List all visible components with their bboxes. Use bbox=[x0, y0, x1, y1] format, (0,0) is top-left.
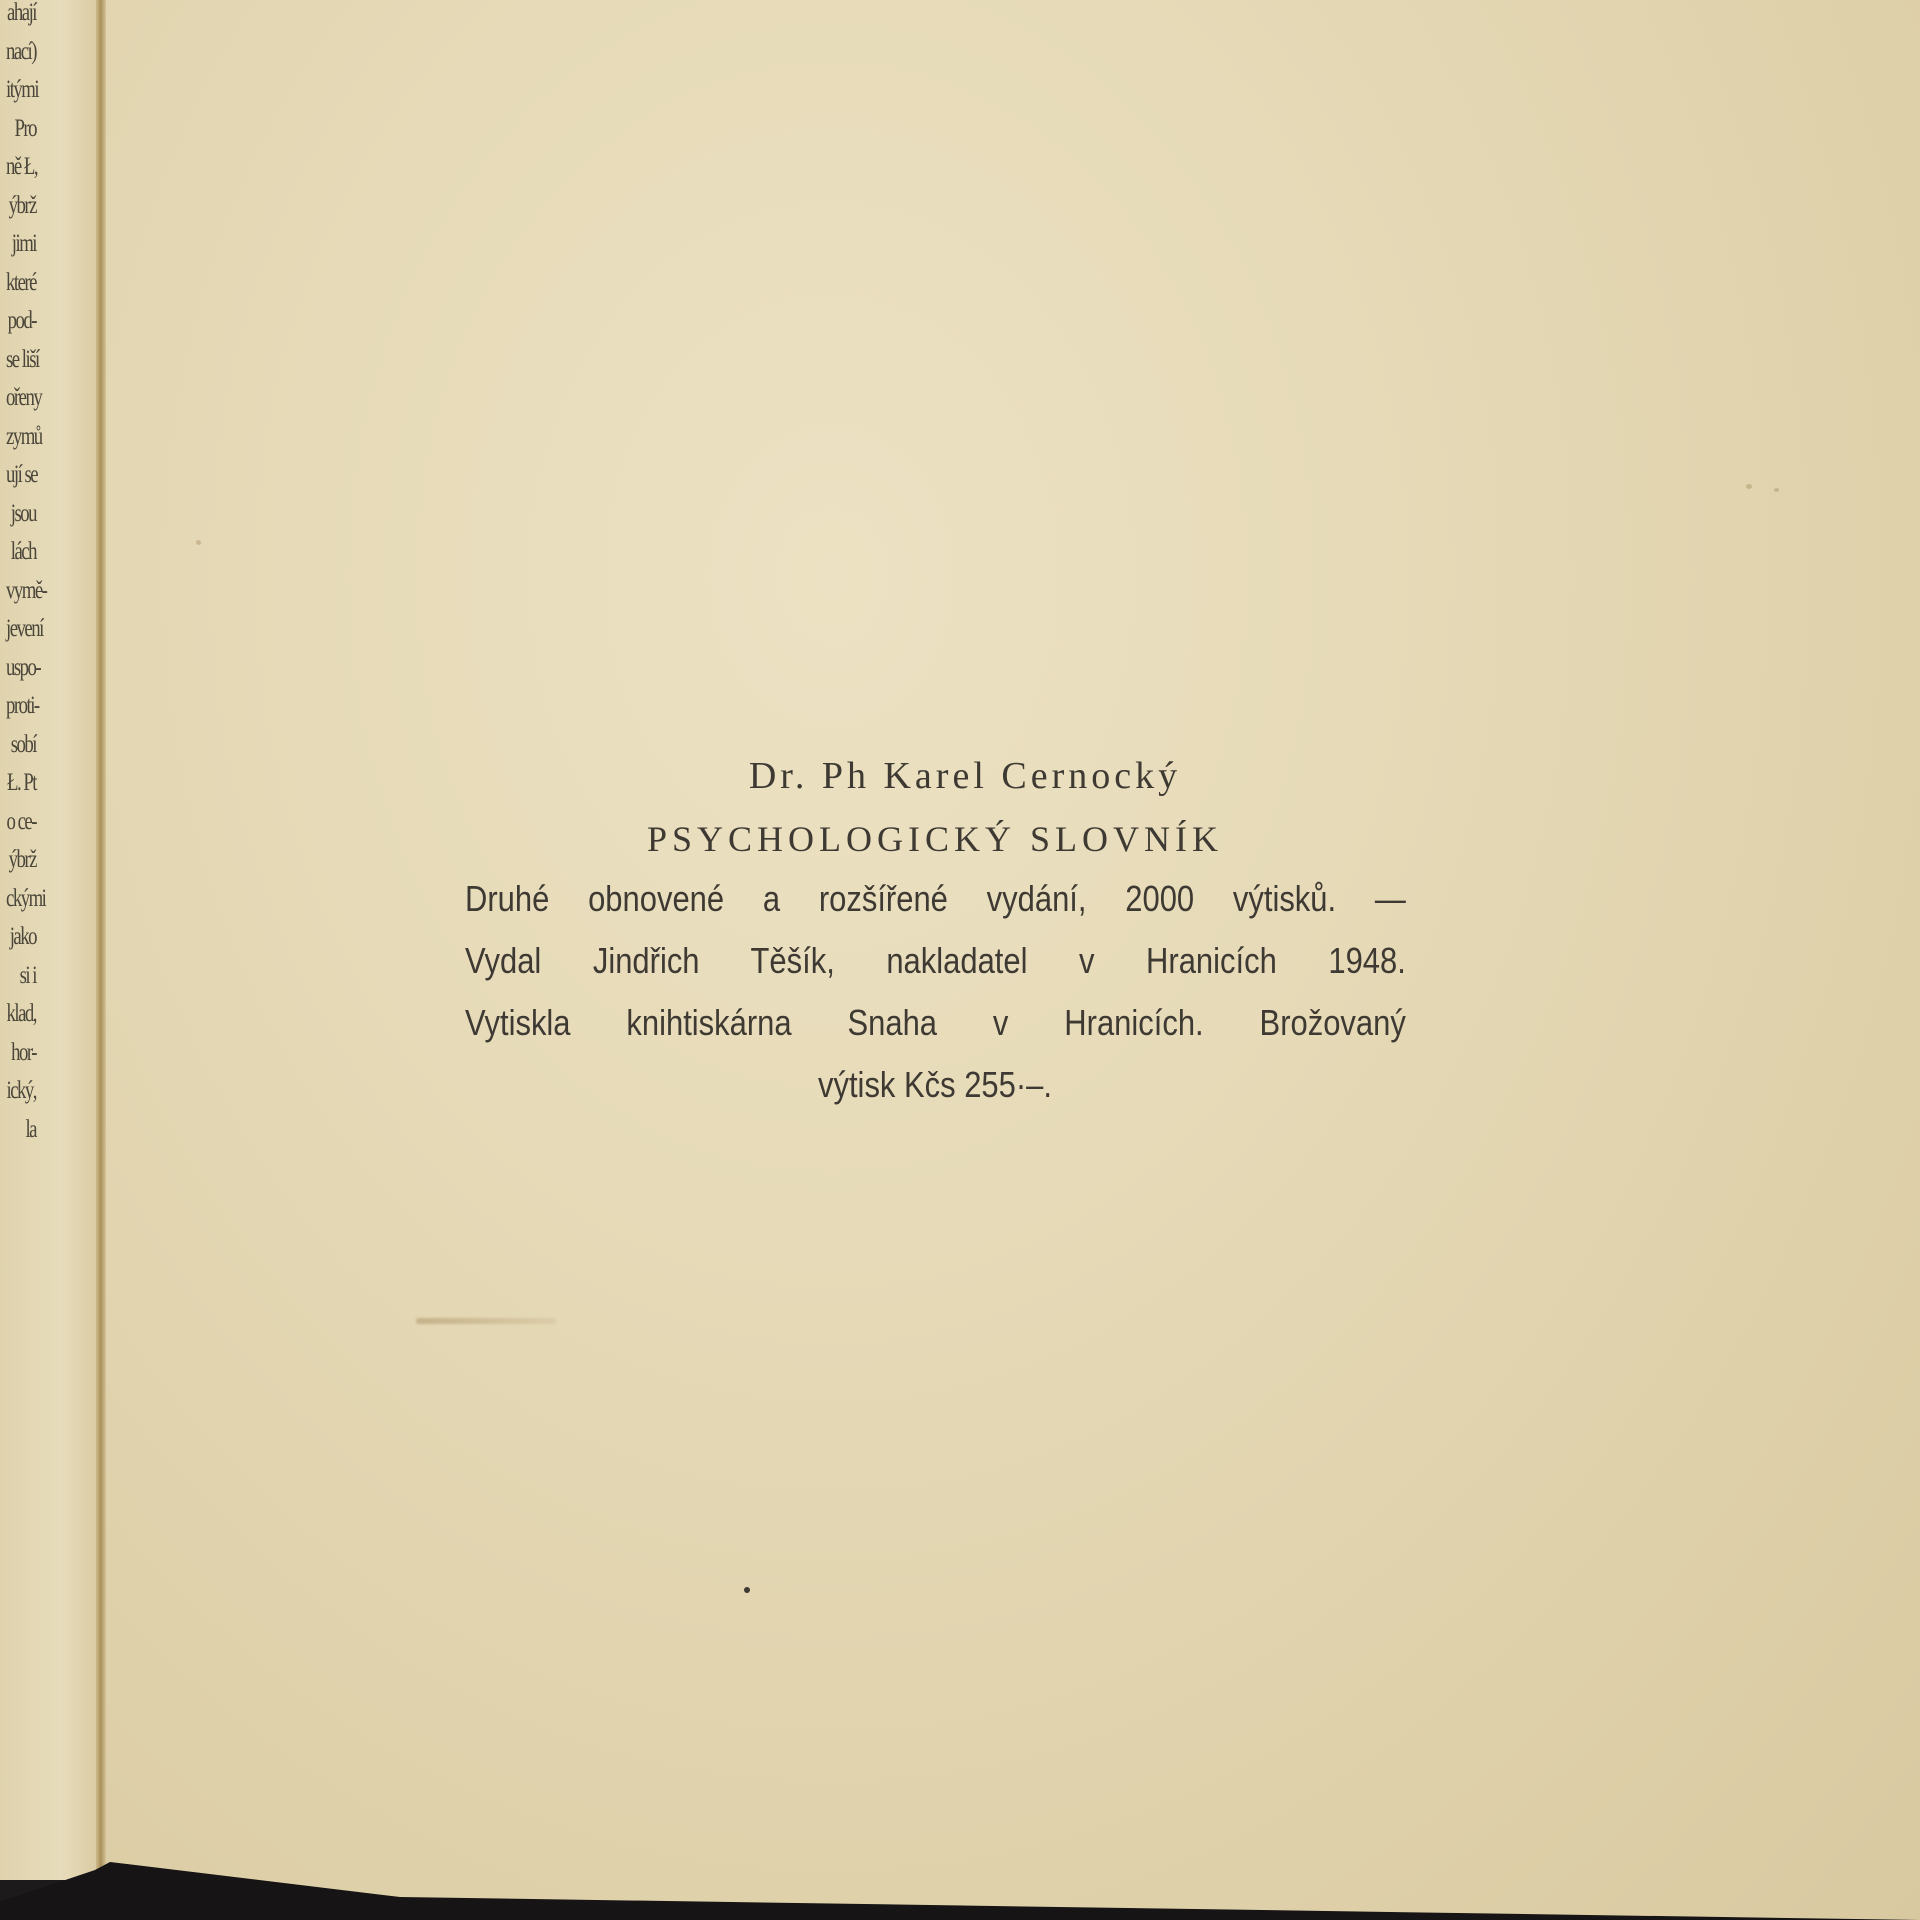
paper-smudge bbox=[416, 1318, 556, 1324]
author-name: Dr. Ph Karel Cernocký bbox=[520, 748, 1410, 804]
left-page-fragment: které bbox=[6, 264, 36, 303]
left-page-fragment: si i bbox=[6, 957, 36, 996]
left-page-fragment: nací) bbox=[6, 33, 36, 72]
ink-dot bbox=[744, 1587, 750, 1593]
left-page-fragment: ahají bbox=[6, 0, 36, 33]
left-page-fragment: ují se bbox=[6, 456, 36, 495]
left-page-fragment: jimi bbox=[6, 225, 36, 264]
left-page-fragment: ický, bbox=[6, 1072, 36, 1111]
left-page-fragment: ýbrž bbox=[6, 841, 36, 880]
left-page-text-fragments: ahajínací)itýmiProně Ł,ýbržjimikterépod-… bbox=[6, 0, 36, 1149]
left-page-fragment: itými bbox=[6, 71, 36, 110]
left-page-fragment: sobí bbox=[6, 726, 36, 765]
left-page-fragment: pod- bbox=[6, 302, 36, 341]
imprint-line-printer: Vytiskla knihtiskárna Snaha v Hranicích.… bbox=[465, 992, 1406, 1054]
left-page-fragment: ýbrž bbox=[6, 187, 36, 226]
left-page-fragment: la bbox=[6, 1111, 36, 1150]
left-page-fragment: jako bbox=[6, 918, 36, 957]
imprint-line-edition: Druhé obnovené a rozšířené vydání, 2000 … bbox=[465, 868, 1406, 930]
paper-spot bbox=[196, 540, 201, 545]
left-page-fragment: klad, bbox=[6, 995, 36, 1034]
left-page-fragment: jsou bbox=[6, 495, 36, 534]
left-page-fragment: Ł. Pt bbox=[6, 764, 36, 803]
book-photo: ahajínací)itýmiProně Ł,ýbržjimikterépod-… bbox=[0, 0, 1920, 1920]
left-page-fragment: Pro bbox=[6, 110, 36, 149]
left-page-fragment: ckými bbox=[6, 880, 36, 919]
left-page-fragment: se liší bbox=[6, 341, 36, 380]
left-page-fragment: hor- bbox=[6, 1034, 36, 1073]
left-page-fragment: jevení bbox=[6, 610, 36, 649]
left-page-fragment: zymů bbox=[6, 418, 36, 457]
left-page: ahajínací)itýmiProně Ł,ýbržjimikterépod-… bbox=[0, 0, 102, 1880]
imprint-line-price: výtisk Kčs 255·–. bbox=[527, 1054, 1344, 1116]
left-page-fragment: proti- bbox=[6, 687, 36, 726]
colophon: Dr. Ph Karel Cernocký PSYCHOLOGICKÝ SLOV… bbox=[460, 748, 1410, 1116]
left-page-fragment: vymě- bbox=[6, 572, 36, 611]
left-page-fragment: ně Ł, bbox=[6, 148, 36, 187]
left-page-fragment: lách bbox=[6, 533, 36, 572]
imprint-line-publisher: Vydal Jindřich Těšík, nakladatel v Hrani… bbox=[465, 930, 1406, 992]
book-title: PSYCHOLOGICKÝ SLOVNÍK bbox=[460, 810, 1410, 868]
left-page-fragment: uspo- bbox=[6, 649, 36, 688]
imprint-body: Druhé obnovené a rozšířené vydání, 2000 … bbox=[465, 868, 1406, 1054]
left-page-fragment: o ce- bbox=[6, 803, 36, 842]
paper-spot bbox=[1746, 484, 1752, 489]
left-page-fragment: ořeny bbox=[6, 379, 36, 418]
paper-spot bbox=[1774, 488, 1779, 492]
